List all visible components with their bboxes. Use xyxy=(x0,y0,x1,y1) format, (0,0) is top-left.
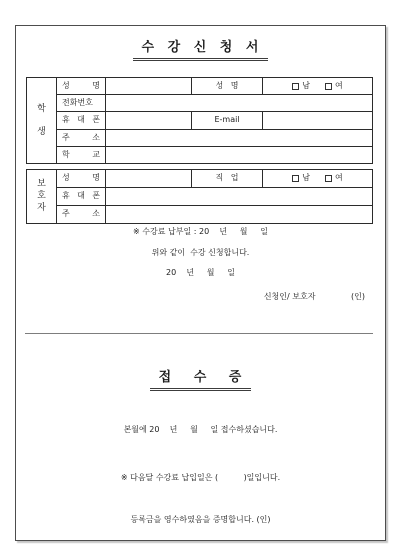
student-mobile-label: 휴 대 폰 xyxy=(57,112,106,129)
student-section-char: 학 xyxy=(37,105,46,114)
checkbox-male[interactable] xyxy=(292,83,299,90)
student-school-label: 학 교 xyxy=(57,146,106,163)
checkbox-female[interactable] xyxy=(325,175,332,182)
student-name-label: 성 명 xyxy=(57,78,106,95)
table-row: 주 소 xyxy=(27,129,373,146)
student-school-field[interactable] xyxy=(106,146,373,163)
table-row: 휴 대 폰 E-mail xyxy=(27,112,373,129)
guardian-section-char: 호 xyxy=(37,192,46,201)
checkbox-male-label: 남 xyxy=(302,82,310,90)
student-address-label: 주 소 xyxy=(57,129,106,146)
student-mobile-field[interactable] xyxy=(106,112,192,129)
declaration-text: 위와 같이 수강 신청합니다. xyxy=(16,248,385,258)
student-name-field[interactable] xyxy=(106,78,192,95)
guardian-section-char: 보 xyxy=(37,180,46,189)
receipt-next-due-line: ※ 다음달 수강료 납입일은 ( )일입니다. xyxy=(16,473,385,483)
guardian-occupation-label: 직 업 xyxy=(192,170,263,188)
guardian-address-label: 주 소 xyxy=(57,205,106,223)
receipt-title-text: 접 수 증 xyxy=(150,366,252,389)
checkbox-female-label: 여 xyxy=(335,82,343,90)
checkbox-female[interactable] xyxy=(325,83,332,90)
table-row: 학 생 성 명 성 명 남 여 xyxy=(27,78,373,95)
table-row: 보 호 자 성 명 직 업 남 여 xyxy=(27,170,373,188)
checkbox-female-label: 여 xyxy=(335,174,343,182)
student-section-header: 학 생 xyxy=(27,78,57,164)
form-page: 수 강 신 청 서 학 생 성 명 성 명 남 여 전화번호 xyxy=(15,25,386,541)
table-row: 전화번호 xyxy=(27,95,373,112)
guardian-mobile-field[interactable] xyxy=(106,187,373,205)
student-address-field[interactable] xyxy=(106,129,373,146)
checkbox-male-label: 남 xyxy=(302,174,310,182)
student-name-right-label: 성 명 xyxy=(192,78,263,95)
guardian-name-label: 성 명 xyxy=(57,170,106,188)
form-title: 수 강 신 청 서 xyxy=(16,36,385,59)
receipt-received-line: 본월에 20 년 월 일 접수하셨습니다. xyxy=(16,425,385,435)
table-row: 휴 대 폰 xyxy=(27,187,373,205)
signer-seal-line: 신청인/ 보호자 (인) xyxy=(16,292,385,302)
student-email-label: E-mail xyxy=(192,112,263,129)
table-row: 학 교 xyxy=(27,146,373,163)
guardian-section-header: 보 호 자 xyxy=(27,170,57,224)
guardian-info-table: 보 호 자 성 명 직 업 남 여 휴 대 폰 주 소 xyxy=(26,169,373,224)
student-email-field[interactable] xyxy=(263,112,373,129)
section-divider xyxy=(25,333,373,334)
fee-due-note: ※ 수강료 납부일 : 20 년 월 일 xyxy=(16,227,385,237)
student-gender-cell: 남 여 xyxy=(263,78,373,95)
student-section-char: 생 xyxy=(37,128,46,137)
form-title-text: 수 강 신 청 서 xyxy=(133,36,269,59)
student-info-table: 학 생 성 명 성 명 남 여 전화번호 휴 대 폰 E-mail xyxy=(26,77,373,164)
student-phone-label: 전화번호 xyxy=(57,95,106,112)
guardian-mobile-label: 휴 대 폰 xyxy=(57,187,106,205)
guardian-gender-cell: 남 여 xyxy=(263,170,373,188)
date-line: 20 년 월 일 xyxy=(16,268,385,278)
receipt-confirm-line: 등록금을 영수하였음을 증명합니다. (인) xyxy=(16,515,385,525)
student-phone-field[interactable] xyxy=(106,95,373,112)
guardian-address-field[interactable] xyxy=(106,205,373,223)
table-row: 주 소 xyxy=(27,205,373,223)
guardian-name-field[interactable] xyxy=(106,170,192,188)
checkbox-male[interactable] xyxy=(292,175,299,182)
guardian-section-char: 자 xyxy=(37,204,46,213)
receipt-title: 접 수 증 xyxy=(16,366,385,389)
